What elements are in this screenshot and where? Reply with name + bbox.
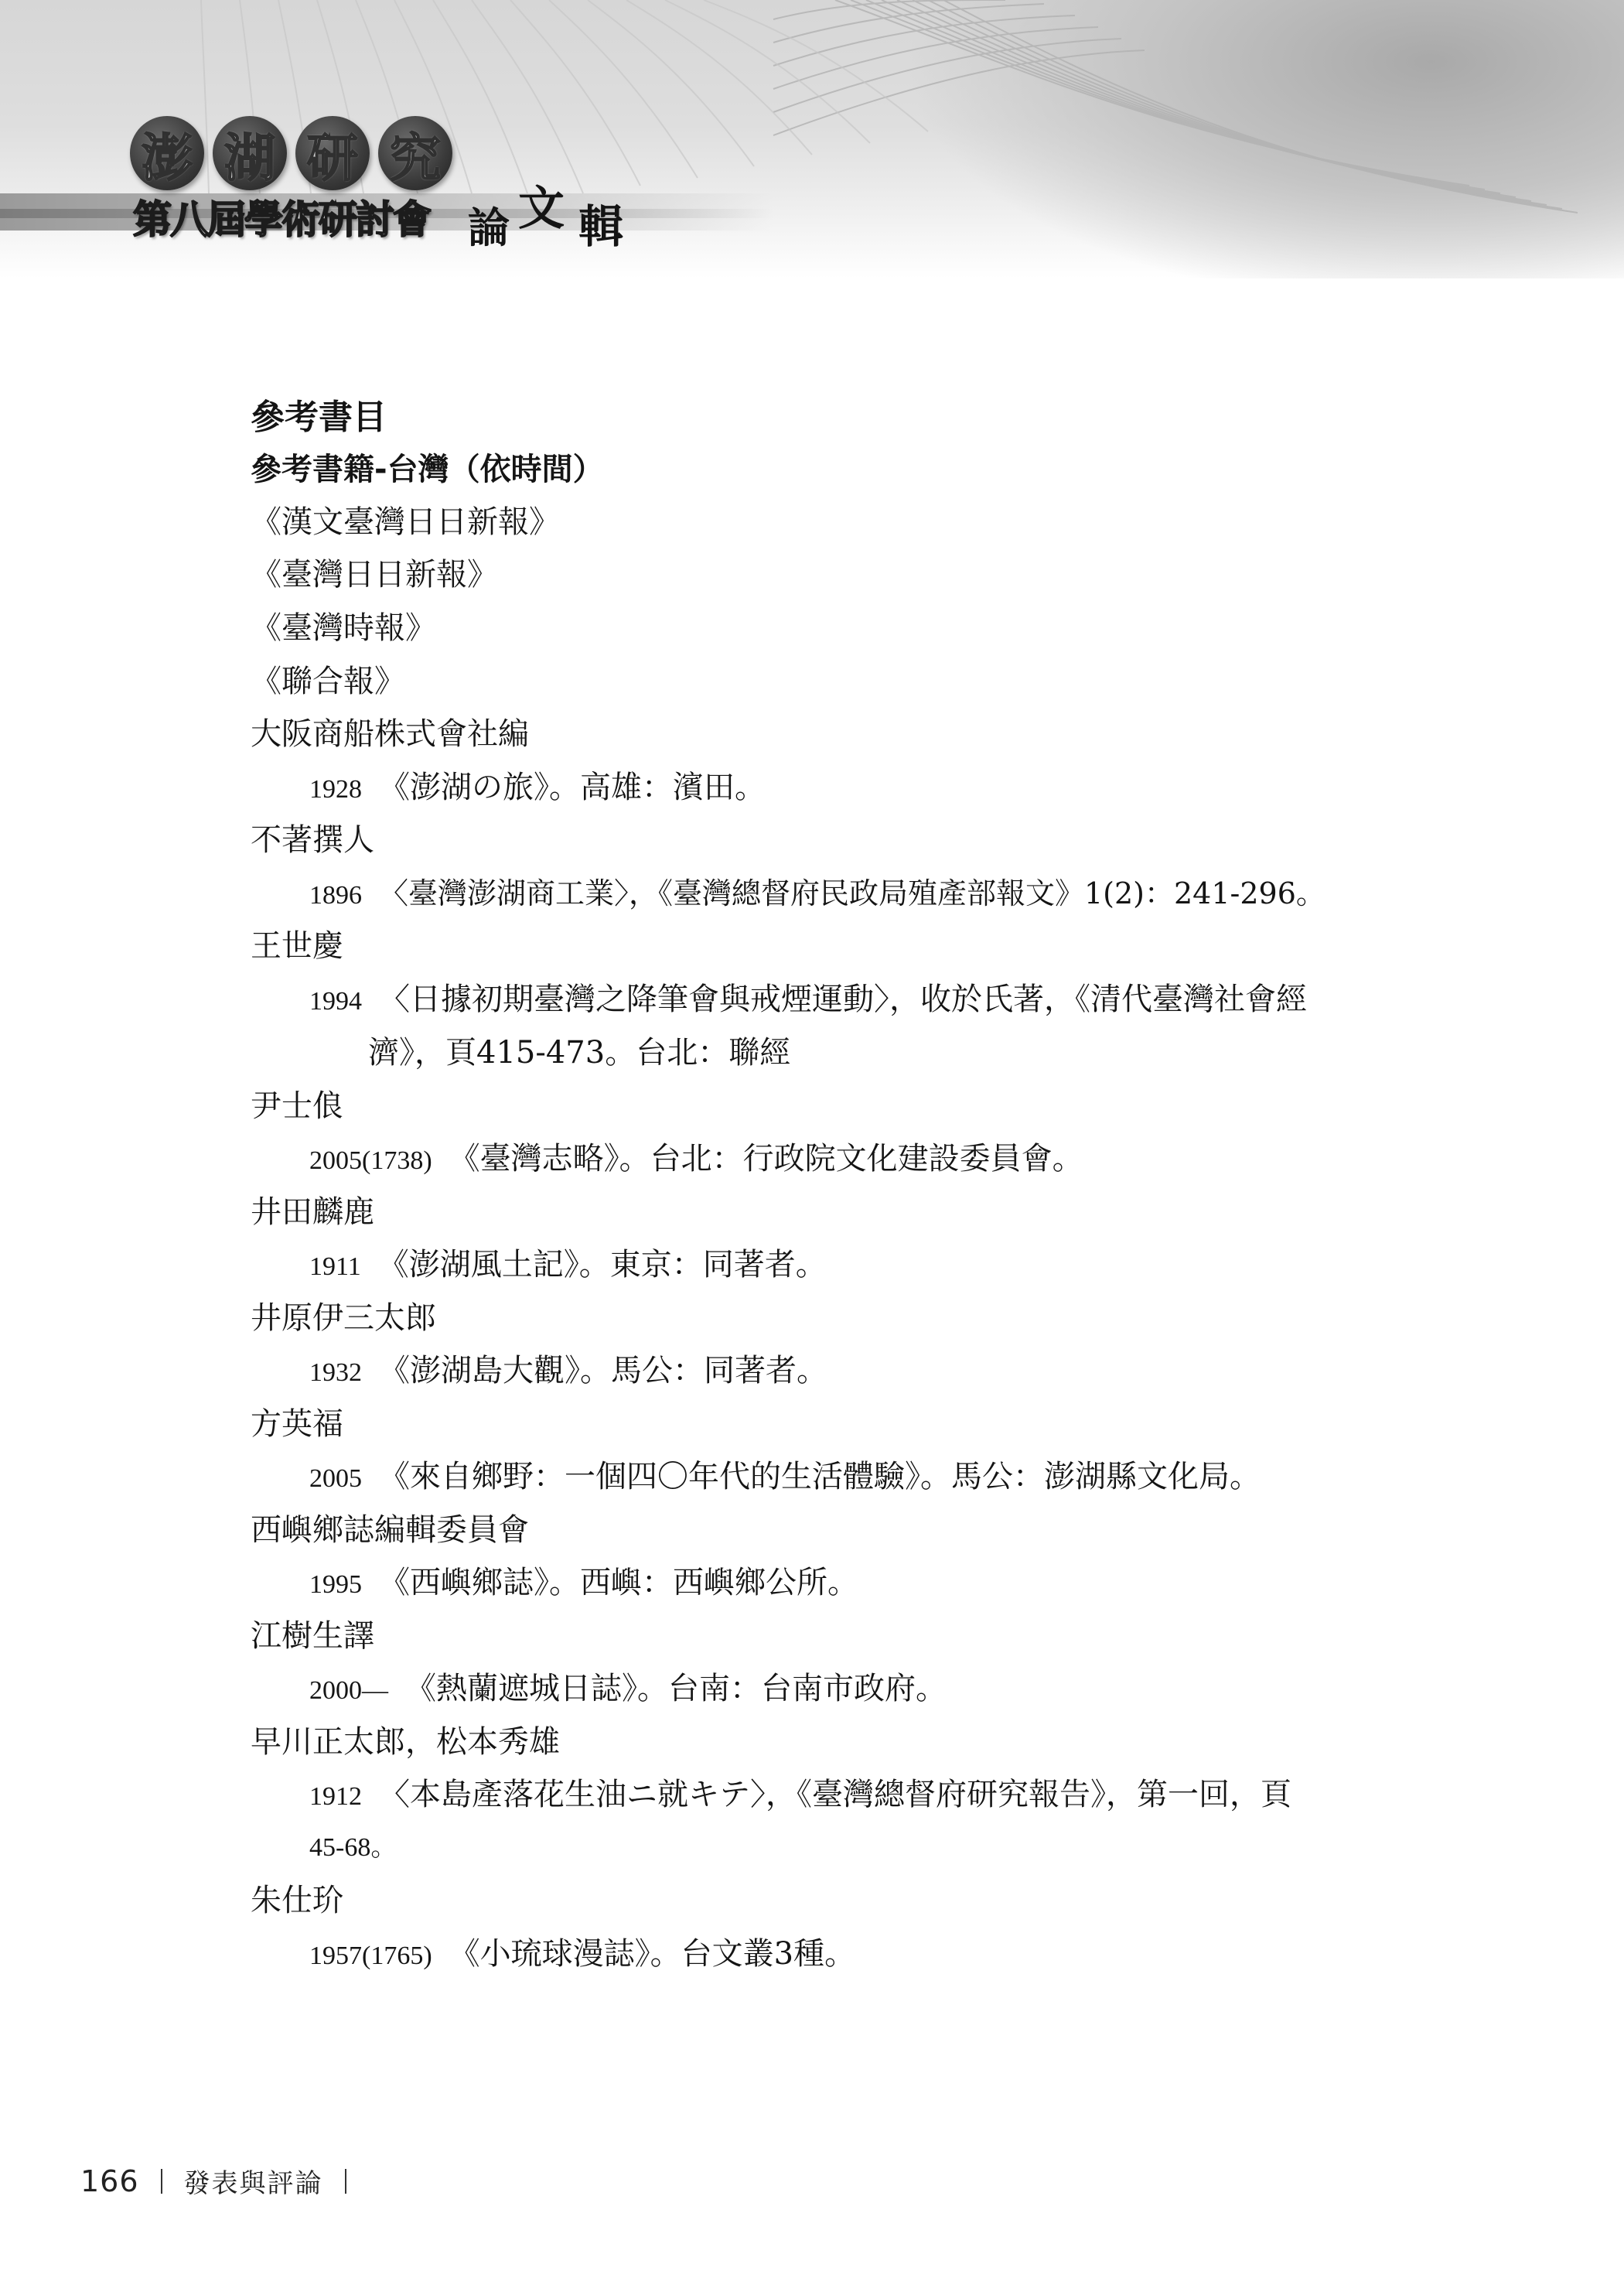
volume-title-char: 輯 xyxy=(578,190,623,255)
entry-author: 井田麟鹿 xyxy=(251,1193,374,1231)
entry-author: 朱仕玠 xyxy=(251,1881,343,1920)
entry-text: 《小琉球漫誌》。台文叢3種。 xyxy=(449,1936,855,1972)
newspaper-item: 《聯合報》 xyxy=(251,662,405,701)
entry-continuation: 濟》，頁415-473。台北：聯經 xyxy=(368,1033,790,1072)
entry-citation: 1912〈本島產落花生油ニ就キテ〉，《臺灣總督府研究報告》，第一回，頁 xyxy=(309,1775,1291,1816)
entry-text: 《澎湖の旅》。高雄：濱田。 xyxy=(379,770,766,805)
entry-year: 1957(1765) xyxy=(309,1942,432,1970)
entry-text: 〈本島產落花生油ニ就キテ〉，《臺灣總督府研究報告》，第一回，頁 xyxy=(379,1777,1291,1812)
conference-subtitle: 第八屆學術研討會 xyxy=(133,189,430,244)
header-banner: 澎 湖 研 究 第八屆學術研討會 論 文 輯 xyxy=(0,0,1624,278)
entry-year: 1896 xyxy=(309,881,362,910)
volume-title-char: 論 xyxy=(468,195,510,254)
entry-year: 1995 xyxy=(309,1570,362,1599)
entry-author: 西嶼鄉誌編輯委員會 xyxy=(251,1511,529,1549)
newspaper-item: 《臺灣日日新報》 xyxy=(251,555,498,594)
entry-year: 1911 xyxy=(309,1252,361,1281)
entry-text: 《西嶼鄉誌》。西嶼：西嶼鄉公所。 xyxy=(379,1565,858,1600)
entry-author: 王世慶 xyxy=(251,927,343,965)
entry-citation: 2005《來自鄉野：一個四〇年代的生活體驗》。馬公：澎湖縣文化局。 xyxy=(309,1457,1261,1498)
entry-author: 江樹生譯 xyxy=(251,1617,374,1655)
entry-continuation: 45-68。 xyxy=(309,1829,397,1867)
entry-text: 〈日據初期臺灣之降筆會與戒煙運動〉，收於氏著，《清代臺灣社會經 xyxy=(379,982,1307,1017)
running-section-title: 發表與評論 xyxy=(184,2162,323,2200)
footer-divider xyxy=(345,2169,346,2194)
entry-year: 1994 xyxy=(309,987,362,1016)
series-title-char: 研 xyxy=(295,116,370,190)
entry-citation: 1896〈臺灣澎湖商工業〉，《臺灣總督府民政局殖產部報文》1(2)：241-29… xyxy=(309,874,1325,915)
entry-text: 《澎湖風土記》。東京：同著者。 xyxy=(378,1247,827,1282)
entry-citation: 2005(1738)《臺灣志略》。台北：行政院文化建設委員會。 xyxy=(309,1139,1083,1180)
section-heading: 參考書目 xyxy=(251,398,387,437)
series-title: 澎 湖 研 究 xyxy=(130,116,452,190)
entry-year: 2005 xyxy=(309,1464,362,1493)
newspaper-item: 《臺灣時報》 xyxy=(251,609,436,647)
volume-title-char: 文 xyxy=(518,172,565,238)
entry-citation: 1994〈日據初期臺灣之降筆會與戒煙運動〉，收於氏著，《清代臺灣社會經 xyxy=(309,980,1307,1021)
entry-text: 〈臺灣澎湖商工業〉，《臺灣總督府民政局殖產部報文》1(2)：241-296。 xyxy=(379,876,1325,910)
entry-text: 《來自鄉野：一個四〇年代的生活體驗》。馬公：澎湖縣文化局。 xyxy=(379,1459,1261,1494)
entry-author: 早川正太郎，松本秀雄 xyxy=(251,1723,560,1761)
entry-year: 1912 xyxy=(309,1782,362,1811)
entry-citation: 1928《澎湖の旅》。高雄：濱田。 xyxy=(309,768,766,809)
entry-author: 尹士俍 xyxy=(251,1087,343,1125)
subsection-heading: 參考書籍-台灣（依時間） xyxy=(251,450,604,489)
page-footer: 166 發表與評論 xyxy=(80,2162,368,2200)
entry-citation: 1995《西嶼鄉誌》。西嶼：西嶼鄉公所。 xyxy=(309,1563,858,1604)
entry-year: 2000— xyxy=(309,1676,388,1705)
entry-author: 不著撰人 xyxy=(251,821,374,859)
entry-text: 《澎湖島大觀》。馬公：同著者。 xyxy=(379,1353,827,1388)
entry-citation: 2000—《熱蘭遮城日誌》。台南：台南市政府。 xyxy=(309,1669,947,1710)
newspaper-item: 《漢文臺灣日日新報》 xyxy=(251,503,560,541)
entry-citation: 1932《澎湖島大觀》。馬公：同著者。 xyxy=(309,1351,827,1392)
entry-year: 1932 xyxy=(309,1358,362,1387)
entry-citation: 1957(1765)《小琉球漫誌》。台文叢3種。 xyxy=(309,1935,855,1976)
entry-author: 大阪商船株式會社編 xyxy=(251,715,529,753)
entry-author: 方英福 xyxy=(251,1405,343,1443)
entry-text: 《臺灣志略》。台北：行政院文化建設委員會。 xyxy=(449,1141,1083,1177)
series-title-char: 湖 xyxy=(213,116,287,190)
series-title-char: 究 xyxy=(378,116,452,190)
entry-text: 《熱蘭遮城日誌》。台南：台南市政府。 xyxy=(405,1671,947,1706)
entry-author: 井原伊三太郎 xyxy=(251,1299,436,1337)
footer-divider xyxy=(161,2169,162,2194)
series-title-char: 澎 xyxy=(130,116,204,190)
entry-year: 1928 xyxy=(309,775,362,804)
page-number: 166 xyxy=(80,2164,139,2198)
entry-year: 2005(1738) xyxy=(309,1146,432,1175)
entry-citation: 1911《澎湖風土記》。東京：同著者。 xyxy=(309,1245,827,1286)
